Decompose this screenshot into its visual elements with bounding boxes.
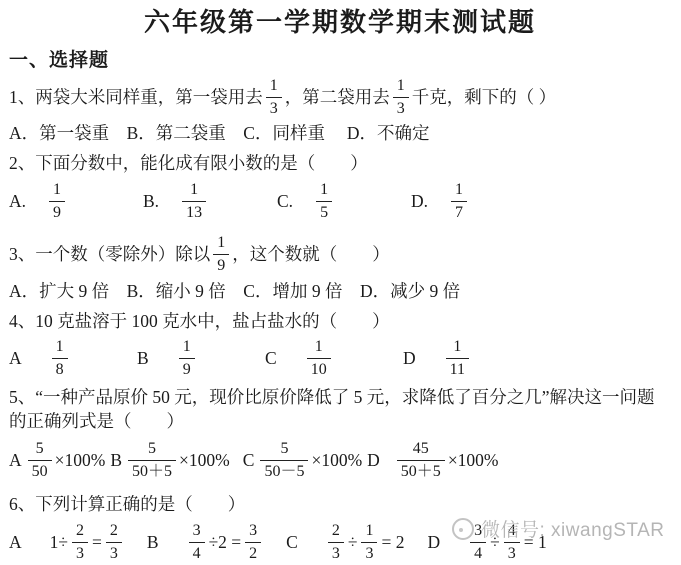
option-label: A [9,348,22,369]
option-b: B 19 [137,338,265,379]
fraction-denominator: 9 [179,359,195,379]
question-1-text-3: 千克，剩下的（ ） [412,85,556,109]
expression-text: = [92,532,102,553]
fraction-numerator: 1 [316,181,332,202]
fraction-denominator: 3 [504,543,520,563]
fraction-numerator: 2 [72,522,88,543]
option-b: B 34 ÷2 = 32 [147,522,264,563]
fraction: 34 [189,522,205,563]
fraction: 19 [179,338,195,379]
fraction-numerator: 1 [393,77,409,98]
fraction: 110 [307,338,331,379]
option-label: D [367,450,380,471]
question-3-options: A．扩大 9 倍 B．缩小 9 倍 C．增加 9 倍 D．减少 9 倍 [9,279,671,303]
fraction: 19 [213,234,229,275]
fraction: 19 [49,181,65,222]
fraction: 113 [182,181,206,222]
option-label: C [243,450,255,471]
fraction: 32 [245,522,261,563]
fraction-denominator: 3 [393,98,409,118]
option-label: B [147,532,159,553]
option-a: A 18 [9,338,137,379]
fraction-denominator: 5 [316,202,332,222]
fraction-numerator: 1 [179,338,195,359]
fraction: 23 [328,522,344,563]
question-6: 6、下列计算正确的是（ ） [9,492,671,516]
fraction-numerator: 1 [52,338,68,359]
fraction: 23 [106,522,122,563]
fraction: 13 [266,77,282,118]
question-5-options: A 550 ×100% B 550＋5 ×100% C 550－5 ×100% … [9,436,671,484]
percent-suffix: ×100% [179,450,230,471]
option-a: A 550 ×100% [9,440,105,481]
fraction: 13 [361,522,377,563]
fraction-denominator: 9 [213,255,229,275]
fraction: 13 [393,77,409,118]
wechat-logo-dot [459,528,463,532]
fraction-denominator: 50＋5 [397,461,445,481]
fraction-numerator: 5 [260,440,308,461]
fraction: 550－5 [260,440,308,481]
page-title: 六年级第一学期数学期末测试题 [9,6,671,40]
watermark: 微信号: xiwangSTAR [452,515,664,542]
fraction: 550＋5 [128,440,176,481]
fraction: 23 [72,522,88,563]
option-d: D 111 [403,338,531,379]
fraction-denominator: 3 [106,543,122,563]
option-label: D [427,532,440,553]
question-2: 2、下面分数中，能化成有限小数的是（ ） [9,151,671,175]
fraction-denominator: 50－5 [260,461,308,481]
fraction-numerator: 5 [28,440,52,461]
fraction: 4550＋5 [397,440,445,481]
fraction-numerator: 2 [106,522,122,543]
fraction-numerator: 3 [245,522,261,543]
expression-text: 1÷ [50,532,68,553]
question-3: 3、一个数（零除外）除以19，这个数就（ ） [9,231,671,277]
wechat-logo-icon [452,518,474,540]
question-1-text-2: ，第二袋用去 [285,85,390,109]
percent-suffix: ×100% [311,450,362,471]
question-4: 4、10 克盐溶于 100 克水中，盐占盐水的（ ） [9,309,671,333]
fraction-denominator: 9 [49,202,65,222]
fraction-numerator: 3 [189,522,205,543]
fraction-denominator: 3 [72,543,88,563]
fraction-denominator: 7 [451,202,467,222]
fraction: 18 [52,338,68,379]
expression-text: = 2 [381,532,404,553]
fraction: 17 [451,181,467,222]
fraction-denominator: 4 [189,543,205,563]
fraction-denominator: 4 [470,543,486,563]
option-c: C 110 [265,338,403,379]
fraction: 15 [316,181,332,222]
watermark-text: 微信号: xiwangSTAR [481,515,664,542]
option-a: A. 19 [9,181,143,222]
option-b: B. 113 [143,181,277,222]
option-d: D. 17 [411,181,545,222]
fraction-numerator: 2 [328,522,344,543]
question-1: 1、两袋大米同样重，第一袋用去13，第二袋用去13千克，剩下的（ ） [9,75,671,119]
question-3-text-1: 3、一个数（零除外）除以 [9,242,210,266]
fraction-numerator: 45 [397,440,445,461]
section-heading: 一、选择题 [9,49,671,73]
option-label: C. [277,191,293,212]
fraction-numerator: 1 [182,181,206,202]
test-paper: 六年级第一学期数学期末测试题 一、选择题 1、两袋大米同样重，第一袋用去13，第… [0,0,681,565]
fraction-denominator: 2 [245,543,261,563]
option-label: B. [143,191,159,212]
fraction-denominator: 3 [328,543,344,563]
question-1-options: A．第一袋重 B．第二袋重 C．同样重 D．不确定 [9,121,671,145]
fraction-numerator: 5 [128,440,176,461]
fraction-denominator: 3 [361,543,377,563]
option-label: B [137,348,149,369]
option-label: A [9,450,22,471]
option-label: C [286,532,298,553]
fraction: 111 [446,338,469,379]
option-label: D. [411,191,428,212]
fraction-numerator: 1 [266,77,282,98]
fraction-denominator: 8 [52,359,68,379]
fraction-denominator: 3 [266,98,282,118]
question-1-text-1: 1、两袋大米同样重，第一袋用去 [9,85,263,109]
fraction-denominator: 13 [182,202,206,222]
option-c: C. 15 [277,181,411,222]
expression-text: ÷2 = [209,532,242,553]
question-2-options: A. 19 B. 113 C. 15 D. 17 [9,178,671,224]
fraction: 550 [28,440,52,481]
question-5: 5、“一种产品原价 50 元，现价比原价降低了 5 元，求降低了百分之几”解决这… [9,385,671,433]
fraction-denominator: 11 [446,359,469,379]
fraction-denominator: 50＋5 [128,461,176,481]
fraction-numerator: 1 [451,181,467,202]
option-c: C 23 ÷ 13 = 2 [286,522,405,563]
expression-text: ÷ [348,532,358,553]
fraction-denominator: 10 [307,359,331,379]
option-d: D 4550＋5 ×100% [367,440,498,481]
question-3-text-2: ，这个数就（ ） [232,242,390,266]
fraction-numerator: 1 [49,181,65,202]
percent-suffix: ×100% [55,450,106,471]
option-label: A [9,532,22,553]
fraction-numerator: 1 [307,338,331,359]
option-b: B 550＋5 ×100% [110,440,229,481]
option-label: C [265,348,277,369]
fraction-numerator: 1 [213,234,229,255]
option-a: A 1÷ 23 = 23 [9,522,125,563]
option-label: D [403,348,416,369]
option-c: C 550－5 ×100% [235,440,362,481]
fraction-numerator: 1 [446,338,469,359]
percent-suffix: ×100% [448,450,499,471]
question-4-options: A 18 B 19 C 110 D 111 [9,335,671,381]
option-label: A. [9,191,26,212]
fraction-denominator: 50 [28,461,52,481]
fraction-numerator: 1 [361,522,377,543]
option-label: B [110,450,122,471]
